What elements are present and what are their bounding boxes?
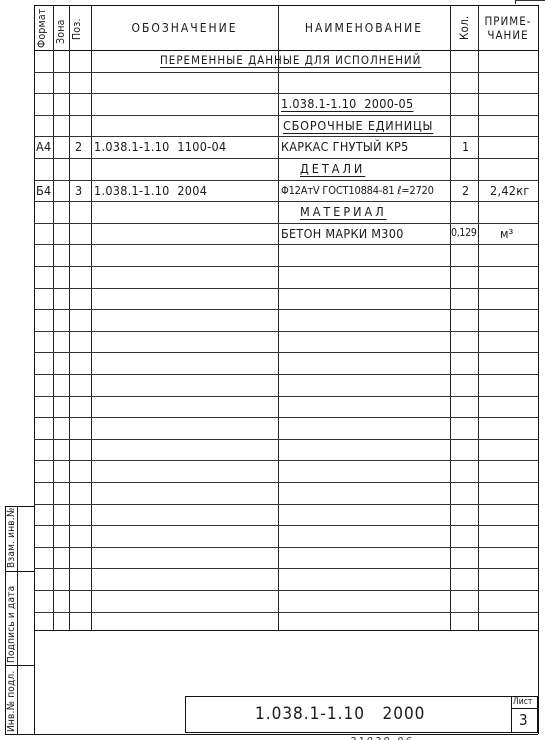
row-divider [34, 93, 538, 94]
title-designation: 1.038.1-1.10 2000 [255, 706, 425, 723]
header-format: Формат [36, 3, 48, 48]
stamp-sep-2 [5, 665, 34, 666]
stamp-original-inv: Инв.№ подл. [6, 671, 17, 732]
header-name: НАИМЕНОВАНИЕ [278, 6, 450, 50]
column-divider [450, 5, 451, 630]
row-divider [34, 201, 538, 202]
row-divider [34, 136, 538, 137]
row-divider [34, 396, 538, 397]
frame-right [538, 5, 539, 734]
column-divider [53, 5, 54, 630]
cell-name: СБОРОЧНЫЕ ЕДИНИЦЫ [283, 120, 433, 133]
row-divider [34, 460, 538, 461]
row-divider [34, 266, 538, 267]
sheet-box-divider [511, 696, 512, 733]
cell-name: МАТЕРИАЛ [300, 206, 387, 219]
cell-pos: 3 [75, 185, 82, 198]
row-divider [34, 180, 538, 181]
sheet-number: 3 [519, 713, 528, 728]
stamp-signature-date: Подпись и дата [6, 586, 17, 663]
cell-note: м³ [500, 228, 514, 241]
cell-qty: 0,129 [451, 228, 477, 239]
row-divider [34, 72, 538, 73]
header-zone: Зона [55, 19, 67, 44]
cell-name: БЕТОН МАРКИ М300 [281, 228, 404, 241]
row-divider [34, 504, 538, 505]
column-divider [278, 5, 279, 630]
row-divider [34, 374, 538, 375]
stamp-sep-1 [5, 571, 34, 572]
row-divider [34, 612, 538, 613]
cell-qty: 1 [462, 141, 469, 154]
header-note-line1: ПРИМЕ- [485, 14, 532, 28]
row-divider [34, 568, 538, 569]
row-divider [34, 525, 538, 526]
header-note: ПРИМЕ- ЧАНИЕ [478, 6, 538, 50]
row-divider [34, 352, 538, 353]
row-divider [34, 244, 538, 245]
frame-bottom [34, 734, 538, 735]
row-divider [34, 482, 538, 483]
stamp-divider [17, 506, 18, 734]
stamp-replacement-inv: Взам. инв.№ [6, 508, 17, 568]
row-divider [34, 223, 538, 224]
cell-name: КАРКАС ГНУТЫЙ КР5 [281, 141, 409, 154]
column-divider [69, 5, 70, 630]
stamp-bottom [5, 734, 34, 735]
header-position: Поз. [71, 18, 83, 40]
sheet-box-separator [511, 708, 538, 709]
header-designation: ОБОЗНАЧЕНИЕ [91, 6, 278, 50]
top-stub-h [515, 0, 545, 1]
row-divider [34, 547, 538, 548]
cell-designation: 1.038.1-1.10 2004 [94, 185, 207, 198]
cell-qty: 2 [462, 185, 469, 198]
row-divider [34, 288, 538, 289]
row-divider [34, 115, 538, 116]
cell-designation: 1.038.1-1.10 1100-04 [94, 141, 226, 154]
cell-format: А4 [36, 141, 51, 154]
cell-format: Б4 [36, 185, 51, 198]
column-divider [91, 5, 92, 630]
header-note-line2: ЧАНИЕ [487, 28, 528, 42]
cell-name: ДЕТАЛИ [300, 163, 365, 176]
cell-note: 2,42кг [490, 185, 530, 198]
table-bottom [34, 630, 538, 631]
header-quantity: Кол. [457, 16, 471, 40]
bottom-fragment: 21938-06 [350, 735, 414, 740]
row-divider [34, 158, 538, 159]
row-divider [34, 309, 538, 310]
row-divider [34, 590, 538, 591]
cell-name: Φ12АтⅤ ГОСТ10884-81 ℓ=2720 [281, 185, 434, 196]
header-divider [34, 50, 538, 51]
column-divider [478, 5, 479, 630]
section-heading: ПЕРЕМЕННЫЕ ДАННЫЕ ДЛЯ ИСПОЛНЕНИЙ [160, 55, 421, 67]
row-divider [34, 417, 538, 418]
row-divider [34, 331, 538, 332]
cell-pos: 2 [75, 141, 82, 154]
row-divider [34, 439, 538, 440]
cell-name: 1.038.1-1.10 2000-05 [281, 98, 413, 111]
sheet-label: Лист [513, 698, 532, 707]
